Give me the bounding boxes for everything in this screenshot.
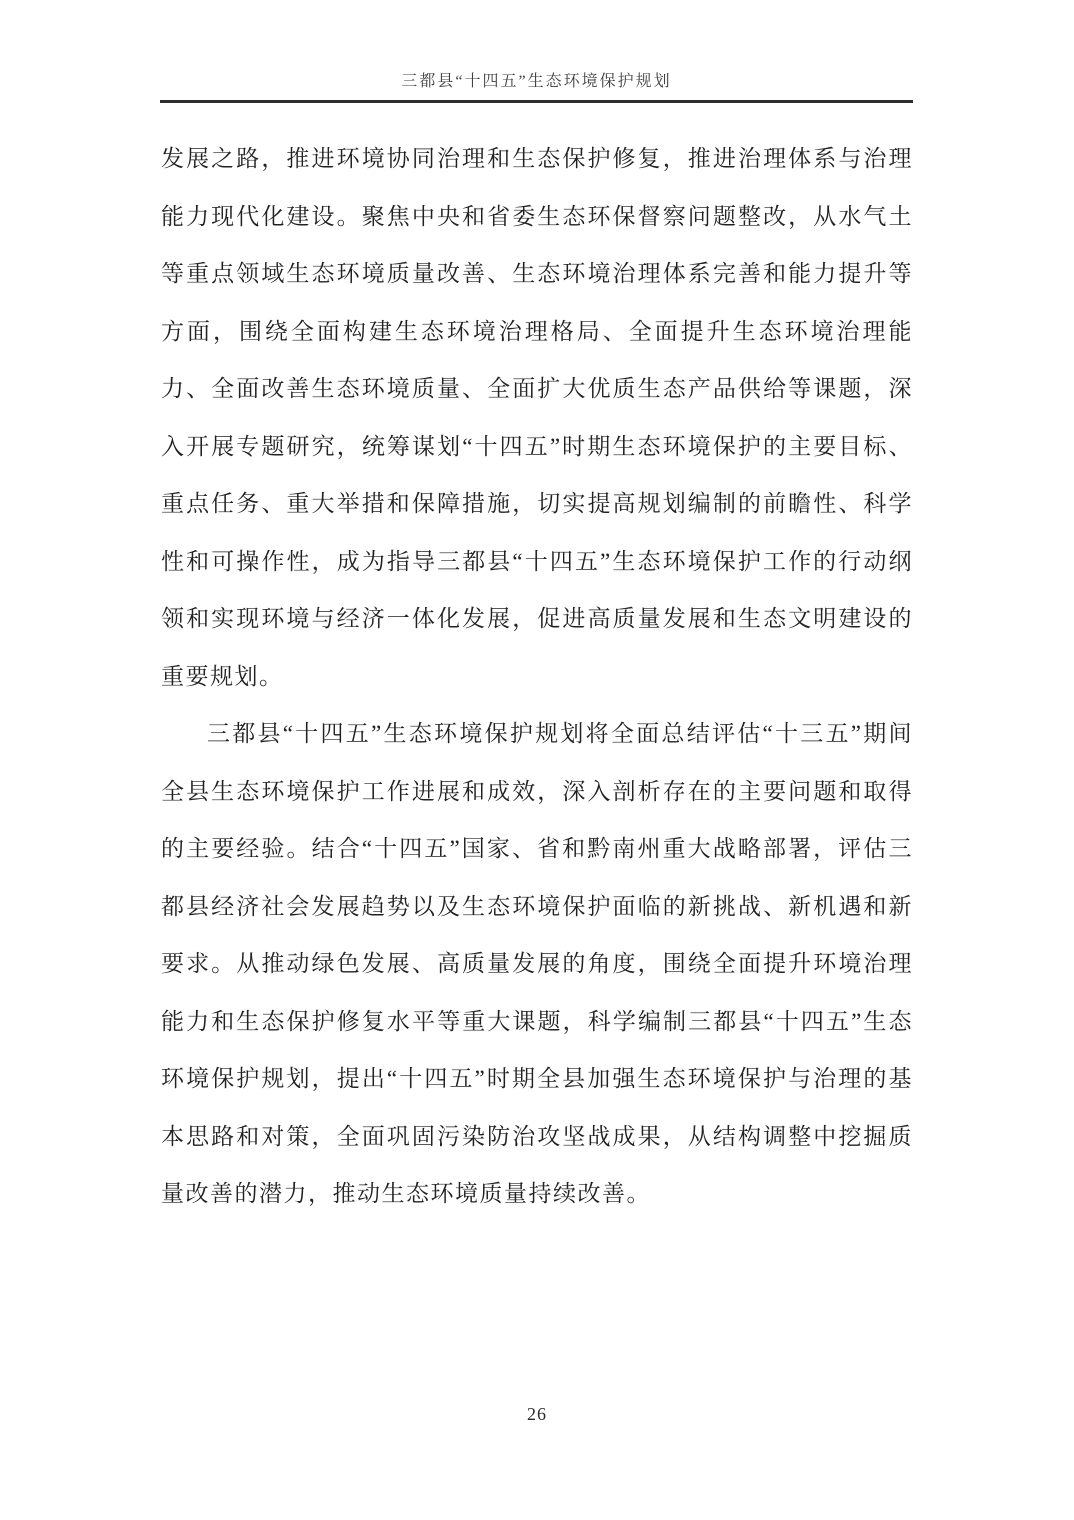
paragraph: 发展之路，推进环境协同治理和生态保护修复，推进治理体系与治理能力现代化建设。聚焦… xyxy=(161,130,913,705)
document-body: 发展之路，推进环境协同治理和生态保护修复，推进治理体系与治理能力现代化建设。聚焦… xyxy=(161,130,913,1223)
page-number: 26 xyxy=(527,1404,547,1424)
header-divider xyxy=(160,100,913,103)
paragraph: 三都县“十四五”生态环境保护规划将全面总结评估“十三五”期间全县生态环境保护工作… xyxy=(161,705,913,1223)
document-page: 三都县“十四五”生态环境保护规划 发展之路，推进环境协同治理和生态保护修复，推进… xyxy=(0,0,1074,1520)
header-title: 三都县“十四五”生态环境保护规划 xyxy=(401,70,671,94)
page-header: 三都县“十四五”生态环境保护规划 xyxy=(160,70,913,103)
page-footer: 26 xyxy=(0,1404,1074,1425)
